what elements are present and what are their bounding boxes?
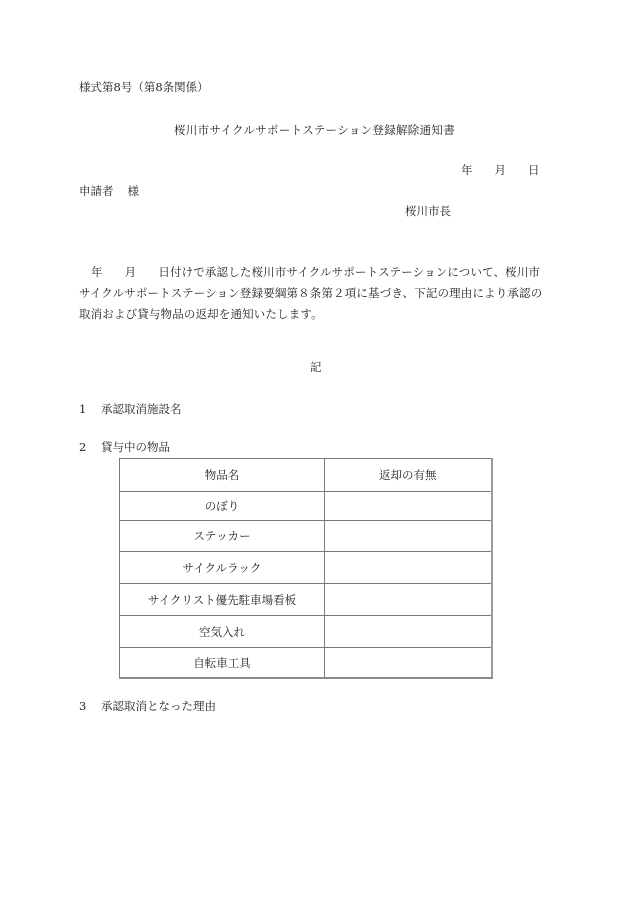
body-month-label: 月: [125, 265, 137, 279]
table-header-row: 物品名 返却の有無: [120, 459, 492, 492]
cell-returned: [325, 521, 492, 552]
ki-heading: 記: [310, 362, 322, 374]
cell-item-name: ステッカー: [120, 521, 325, 552]
section-label: 承認取消施設名: [101, 402, 182, 416]
header-returned: 返却の有無: [325, 459, 492, 492]
date-month-label: 月: [495, 165, 507, 177]
section-item-3: 3承認取消となった理由: [79, 701, 216, 713]
table-row: のぼり: [120, 492, 492, 521]
cell-returned: [325, 648, 492, 679]
section-label: 貸与中の物品: [101, 440, 170, 454]
cell-returned: [325, 492, 492, 521]
section-item-2: 2貸与中の物品: [79, 442, 170, 454]
notice-body: 年月日付けで承認した桜川市サイクルサポートステーションについて、桜川市サイクルサ…: [79, 262, 551, 325]
document-title: 桜川市サイクルサポートステーション登録解除通知書: [174, 125, 455, 137]
sender-name: 桜川市長: [405, 206, 451, 218]
cell-item-name: のぼり: [120, 492, 325, 521]
section-number: 2: [79, 442, 101, 454]
cell-returned: [325, 584, 492, 616]
cell-item-name: 自転車工具: [120, 648, 325, 679]
section-label: 承認取消となった理由: [101, 699, 216, 713]
table-row: サイクリスト優先駐車場看板: [120, 584, 492, 616]
form-number: 様式第8号（第8条関係）: [79, 82, 209, 94]
date-day-label: 日: [528, 165, 540, 177]
header-item-name: 物品名: [120, 459, 325, 492]
table-row: 自転車工具: [120, 648, 492, 679]
cell-returned: [325, 616, 492, 648]
table-row: ステッカー: [120, 521, 492, 552]
date-line: 年月日: [461, 165, 540, 177]
cell-item-name: 空気入れ: [120, 616, 325, 648]
cell-item-name: サイクリスト優先駐車場看板: [120, 584, 325, 616]
table-row: 空気入れ: [120, 616, 492, 648]
body-year-label: 年: [91, 265, 103, 279]
recipient-name: 申請者: [79, 184, 114, 198]
loaned-items-table: 物品名 返却の有無 のぼり ステッカー サイクルラック サイクリスト優先駐車場看…: [119, 458, 493, 679]
recipient-honorific: 様: [128, 184, 140, 198]
cell-returned: [325, 552, 492, 584]
recipient-line: 申請者様: [79, 186, 139, 198]
table-row: サイクルラック: [120, 552, 492, 584]
date-year-label: 年: [461, 165, 473, 177]
section-item-1: 1承認取消施設名: [79, 404, 182, 416]
section-number: 3: [79, 701, 101, 713]
body-text: 日付けで承認した桜川市サイクルサポートステーションについて、桜川市サイクルサポー…: [79, 265, 542, 321]
cell-item-name: サイクルラック: [120, 552, 325, 584]
section-number: 1: [79, 404, 101, 416]
